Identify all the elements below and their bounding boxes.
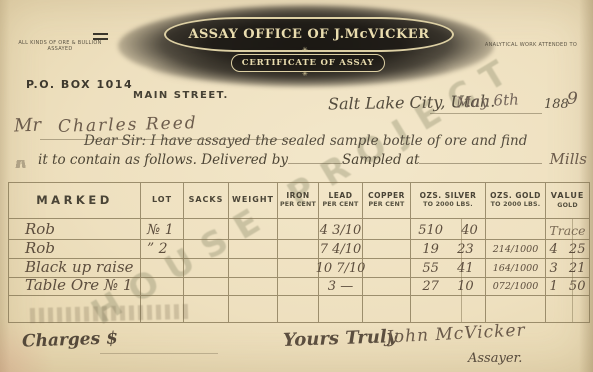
cell-value: 4 25 [546,240,589,259]
cell-gold [486,296,546,322]
cell-lot: ” 2 [141,240,184,259]
cell-iron [278,240,319,259]
col-header-lot: LOT [141,183,184,219]
assay-results-table: MARKED LOT SACKS WEIGHT IRONPER CENT LEA… [8,182,590,323]
cell-sacks [184,296,229,322]
cell-value [546,296,589,322]
assayer-title: Assayer. [468,351,522,366]
charges-rule [100,353,218,354]
col-header-value: VALUEGOLD [546,183,589,219]
header-text: OZS. SILVER [420,191,477,201]
cell-weight [229,278,278,296]
cell-weight [229,296,278,322]
col-header-lead: LEADPER CENT [319,183,363,219]
year-printed: 188 [544,97,569,112]
header-text: MARKED [36,193,113,209]
cell-gold [486,219,546,240]
col-header-gold: OZS. GOLDTO 2000 LBS. [486,183,546,219]
cell-lead: 4 3/10 [319,219,363,240]
cell-iron [278,219,319,240]
cell-copper [363,219,411,240]
header-text: PER CENT [322,201,358,209]
body-line2-mid: Sampled at [342,152,419,168]
cell-silver: 27 10 [411,278,486,296]
left-service-note: ALL KINDS OF ORE & BULLION ASSAYED [12,40,108,52]
header-text: IRON [286,191,309,201]
cell-lead [319,296,363,322]
cell-lead: 10 7/10 [319,259,363,278]
cell-weight [229,240,278,259]
cell-value: 3 21 [546,259,589,278]
cell-gold: 214/1000 [486,240,546,259]
letter-body-line1: Dear Sir: I have assayed the sealed samp… [84,133,527,149]
assay-certificate: HOUSE PROJECT ASSAY OFFICE OF J.McVICKER… [0,0,593,372]
cell-gold: 164/1000 [486,259,546,278]
cell-iron [278,259,319,278]
cell-silver: 19 23 [411,240,486,259]
ornament-icon: ✳ [302,71,308,78]
cell-iron [278,278,319,296]
street-address: MAIN STREET. [133,90,229,101]
cell-marked: Rob [9,240,141,259]
col-header-weight: WEIGHT [229,183,278,219]
body-line2-pre: it to contain as follows. Delivered by [38,152,288,168]
col-header-silver: OZS. SILVERTO 2000 LBS. [411,183,486,219]
delivered-by-blank [288,151,342,164]
header-text: COPPER [368,191,405,201]
cell-lead: 3 — [319,278,363,296]
right-service-note: ANALYTICAL WORK ATTENDED TO [478,42,584,48]
date-handwritten: May 6th [456,90,520,111]
header-text: SACKS [189,195,224,206]
header-text: OZS. GOLD [490,191,541,201]
col-header-iron: IRONPER CENT [278,183,319,219]
header-text: PER CENT [280,201,316,209]
cell-silver: 55 41 [411,259,486,278]
header-text: LEAD [329,191,353,201]
cell-lot [141,259,184,278]
cell-copper [363,240,411,259]
cell-marked: Rob [9,219,141,240]
header-text: PER CENT [368,201,404,209]
ornament-icon: ✳ [302,47,308,54]
date-rule [430,113,542,114]
office-title-banner: ASSAY OFFICE OF J.McVICKER [164,17,454,52]
cell-copper [363,259,411,278]
letter-body-line2: it to contain as follows. Delivered by S… [38,150,587,168]
assayer-signature: John McVicker [386,320,527,347]
addressee-prefix: Mr [14,115,42,137]
certificate-banner: CERTIFICATE OF ASSAY [231,54,385,72]
col-header-sacks: SACKS [184,183,229,219]
header-text: TO 2000 LBS. [423,201,473,209]
cell-sacks [184,240,229,259]
pencil-margin-note [6,160,32,168]
cell-lot: № 1 [141,219,184,240]
cell-weight [229,219,278,240]
cell-marked: Table Ore № 1 [9,278,141,296]
cell-sacks [184,259,229,278]
cell-silver [411,296,486,322]
cell-value: Trace [546,219,589,240]
charges-label: Charges $ [22,328,119,351]
cell-value: 1 50 [546,278,589,296]
po-box: P.O. BOX 1014 [26,78,133,91]
cell-copper [363,278,411,296]
header-text: TO 2000 LBS. [491,201,541,209]
header-text: WEIGHT [232,195,274,206]
closing-line: Yours Truly [283,326,398,351]
year-digit-handwritten: 9 [567,89,578,109]
cell-weight [229,259,278,278]
cell-lead: 7 4/10 [319,240,363,259]
col-header-copper: COPPERPER CENT [363,183,411,219]
cell-lot [141,278,184,296]
cell-gold: 072/1000 [486,278,546,296]
cell-sacks [184,219,229,240]
cell-iron [278,296,319,322]
header-text: GOLD [557,202,578,210]
sampled-at-blank [419,151,541,164]
header-text: VALUE [551,191,585,202]
cell-silver: 510 40 [411,219,486,240]
col-header-marked: MARKED [9,183,141,219]
cell-copper [363,296,411,322]
mills-handwritten: Mills [550,150,587,168]
header-text: LOT [152,195,172,206]
cell-sacks [184,278,229,296]
